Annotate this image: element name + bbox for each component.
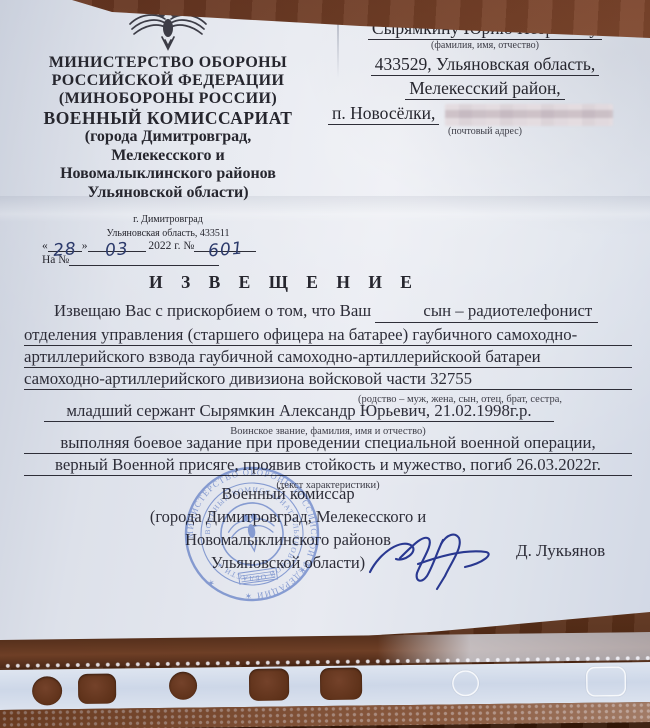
addressee-name-caption: (фамилия, имя, отчество) bbox=[328, 40, 642, 51]
body-line: самоходно-артиллерийского дивизиона войс… bbox=[24, 368, 632, 390]
double-headed-eagle-icon bbox=[126, 4, 210, 52]
punched-hole-oblong bbox=[78, 674, 116, 704]
embossed-hole-outline bbox=[586, 666, 626, 696]
punched-hole-round bbox=[32, 676, 62, 705]
handwritten-doc-number: 601 bbox=[207, 238, 244, 261]
handwritten-signature bbox=[362, 518, 514, 600]
addressee-postcode-region: 433529, Ульяновская область, bbox=[371, 54, 599, 76]
letterhead-line: Ульяновской области) bbox=[22, 184, 314, 203]
addressee-address-caption: (почтовый адрес) bbox=[328, 126, 642, 137]
year-number-label: 2022 г. № bbox=[148, 240, 194, 252]
body-line: Извещаю Вас с прискорбием о том, что Ваш… bbox=[24, 300, 632, 323]
punched-hole-oblong bbox=[249, 668, 289, 700]
body-line: артиллерийского взвода гаубичной самоход… bbox=[24, 346, 632, 368]
addressee-name: Сырямкину Юрию Петровичу bbox=[368, 18, 602, 40]
handwritten-day: 28 bbox=[52, 239, 77, 261]
embossed-hole-outline bbox=[452, 670, 479, 696]
notification-letter-sheet: МИНИСТЕРСТВО ОБОРОНЫ РОССИЙСКОЙ ФЕДЕРАЦИ… bbox=[0, 0, 650, 662]
body-line-rank-name: младший сержант Сырямкин Александр Юрьев… bbox=[44, 400, 554, 422]
addressee-settlement: п. Новосёлки, bbox=[328, 103, 439, 125]
body-intro: Извещаю Вас с прискорбием о том, что Ваш bbox=[54, 301, 371, 320]
handwritten-month: 03 bbox=[104, 239, 129, 261]
punched-hole-round bbox=[169, 672, 197, 700]
letterhead-line: (МИНОБОРОНЫ РОССИИ) bbox=[22, 90, 314, 108]
official-name: Д. Лукьянов bbox=[516, 541, 605, 561]
body-line: верный Военной присяге, проявив стойкост… bbox=[24, 454, 632, 476]
svg-text:✶: ✶ bbox=[207, 578, 216, 589]
body-line: выполняя боевое задание при проведении с… bbox=[24, 432, 632, 454]
letterhead-line: (города Димитровград, bbox=[22, 128, 314, 147]
document-title: И З В Е Щ Е Н И Е bbox=[24, 272, 544, 293]
letterhead-city: г. Димитровград bbox=[22, 214, 314, 226]
plastic-sleeve-edge bbox=[0, 626, 650, 728]
svg-text:✶: ✶ bbox=[298, 565, 307, 576]
stamp-eagle-icon bbox=[227, 512, 278, 554]
body-relation-underlined: сын – радиотелефонист bbox=[375, 300, 598, 323]
addressee-district: Мелекесский район, bbox=[405, 78, 564, 100]
letterhead-commissariat-line: ВОЕННЫЙ КОМИССАРИАТ bbox=[22, 108, 314, 128]
round-official-stamp: МИНИСТЕРСТВО ОБОРОНЫ РОССИЙСКОЙ ФЕДЕРАЦИ… bbox=[167, 449, 336, 618]
letterhead-block: МИНИСТЕРСТВО ОБОРОНЫ РОССИЙСКОЙ ФЕДЕРАЦИ… bbox=[22, 4, 314, 240]
date-number-line: «28»03 2022 г. №601 На № bbox=[42, 238, 322, 266]
punched-hole-oblong bbox=[320, 668, 362, 701]
letterhead-line: Новомалыклинского районов bbox=[22, 165, 314, 184]
redacted-address-blur bbox=[445, 104, 613, 126]
body-line: отделения управления (старшего офицера н… bbox=[24, 324, 632, 346]
letterhead-line: МИНИСТЕРСТВО ОБОРОНЫ bbox=[22, 54, 314, 72]
letterhead-line: Мелекесского и bbox=[22, 147, 314, 166]
photo-wooden-table-background: МИНИСТЕРСТВО ОБОРОНЫ РОССИЙСКОЙ ФЕДЕРАЦИ… bbox=[0, 0, 650, 728]
addressee-block: Сырямкину Юрию Петровичу (фамилия, имя, … bbox=[328, 18, 642, 137]
letterhead-line: РОССИЙСКОЙ ФЕДЕРАЦИИ bbox=[22, 72, 314, 90]
